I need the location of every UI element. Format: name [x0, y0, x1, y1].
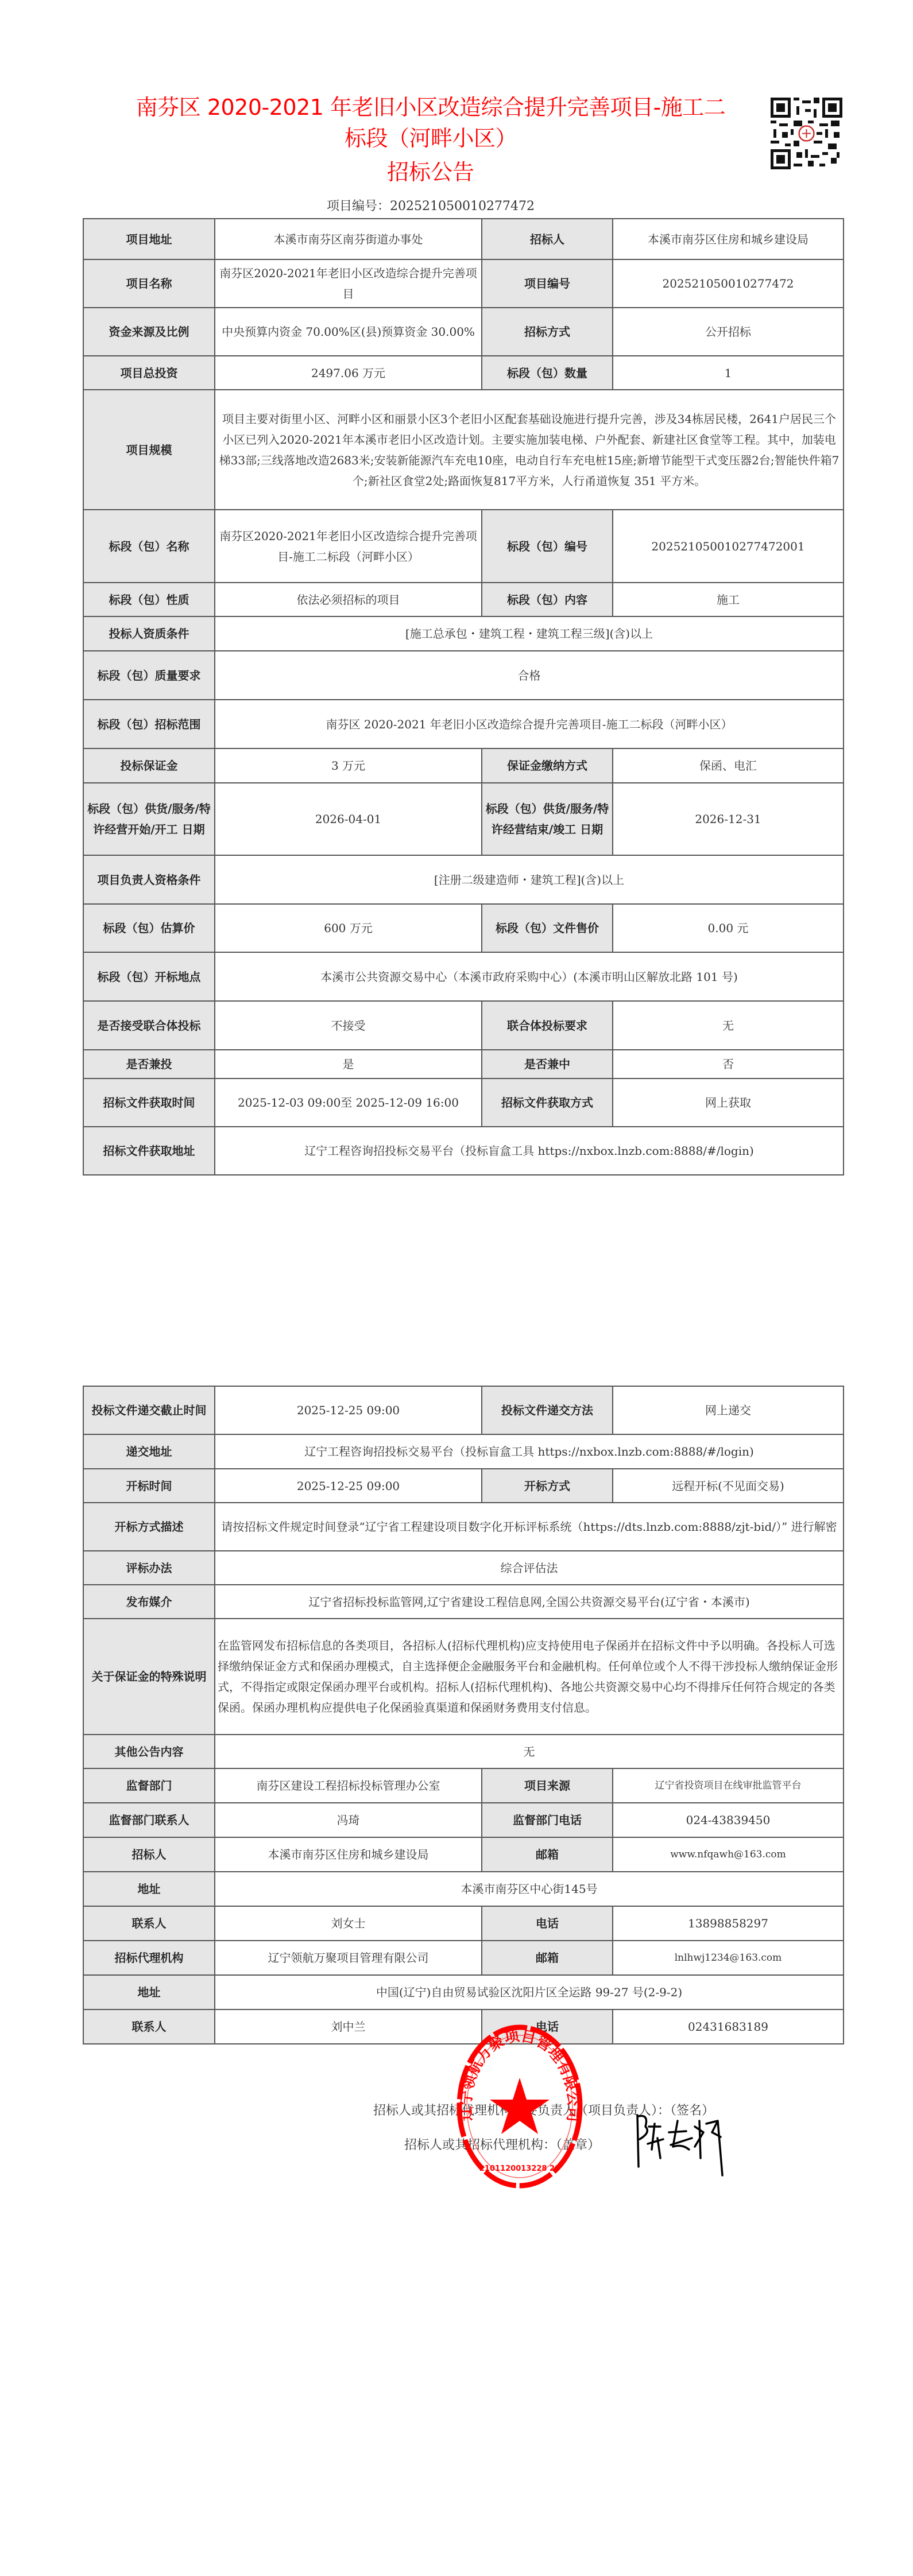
- value-opening-time: 2025-12-25 09:00: [215, 1469, 482, 1503]
- company-seal-icon: 2101120013228 20 辽宁领航万聚项目管理有限公司: [454, 2020, 586, 2193]
- label-tenderer-contact: 联系人: [83, 1906, 215, 1941]
- label-supervision-contact: 监督部门联系人: [83, 1803, 215, 1837]
- value-doc-obtain-address[interactable]: 辽宁工程咨询招投标交易平台（投标盲盒工具 https://nxbox.lnzb.…: [215, 1127, 844, 1175]
- value-submission-deadline: 2025-12-25 09:00: [215, 1386, 482, 1434]
- label-consortium-requirement: 联合体投标要求: [482, 1001, 613, 1050]
- value-agency-phone: 02431683189: [613, 2009, 844, 2044]
- label-submission-address: 递交地址: [83, 1434, 215, 1469]
- value-tender-method: 公开招标: [613, 308, 844, 356]
- value-quality-requirement: 合格: [215, 651, 844, 700]
- label-tenderer-address: 地址: [83, 1872, 215, 1906]
- value-bond-special-note: 在监管网发布招标信息的各类项目，各招标人(招标代理机构)应支持使用电子保函并在招…: [215, 1619, 844, 1735]
- value-lot-count: 1: [613, 356, 844, 390]
- label-tender-scope: 标段（包）招标范围: [83, 700, 215, 748]
- value-accept-consortium: 不接受: [215, 1001, 482, 1050]
- label-lot-name: 标段（包）名称: [83, 510, 215, 583]
- label-agency-address: 地址: [83, 1975, 215, 2009]
- value-opening-method: 远程开标(不见面交易): [613, 1469, 844, 1503]
- value-submission-method: 网上递交: [613, 1386, 844, 1434]
- value-start-date: 2026-04-01: [215, 783, 482, 855]
- value-multi-bid: 是: [215, 1050, 482, 1078]
- label-agency: 招标代理机构: [83, 1941, 215, 1975]
- value-tenderer-address: 本溪市南芬区中心街145号: [215, 1872, 844, 1906]
- label-estimated-price: 标段（包）估算价: [83, 904, 215, 952]
- value-doc-obtain-method: 网上获取: [613, 1078, 844, 1127]
- value-estimated-price: 600 万元: [215, 904, 482, 952]
- label-bond-special-note: 关于保证金的特殊说明: [83, 1619, 215, 1735]
- label-pm-qualification: 项目负责人资格条件: [83, 855, 215, 904]
- value-agency-email[interactable]: lnlhwj1234@163.com: [613, 1941, 844, 1975]
- label-tender-method: 招标方式: [482, 308, 613, 356]
- value-tender-scope: 南芬区 2020-2021 年老旧小区改造综合提升完善项目-施工二标段（河畔小区…: [215, 700, 844, 748]
- label-opening-time: 开标时间: [83, 1469, 215, 1503]
- label-bid-opening-location: 标段（包）开标地点: [83, 952, 215, 1001]
- value-project-name: 南芬区2020-2021年老旧小区改造综合提升完善项目: [215, 259, 482, 308]
- label-doc-obtain-method: 招标文件获取方式: [482, 1078, 613, 1127]
- label-document-price: 标段（包）文件售价: [482, 904, 613, 952]
- value-supervision-dept: 南芬区建设工程招标投标管理办公室: [215, 1768, 482, 1803]
- value-doc-obtain-time: 2025-12-03 09:00至 2025-12-09 16:00: [215, 1078, 482, 1127]
- label-tenderer: 招标人: [482, 219, 613, 259]
- value-publishing-media: 辽宁省招标投标监管网,辽宁省建设工程信息网,全国公共资源交易平台(辽宁省・本溪市…: [215, 1585, 844, 1619]
- label-opening-method-description: 开标方式描述: [83, 1503, 215, 1551]
- label-start-date: 标段（包）供货/服务/特许经营开始/开工 日期: [83, 783, 215, 855]
- title-line-2: 标段（河畔小区）: [86, 123, 775, 154]
- label-bidder-qualification: 投标人资质条件: [83, 616, 215, 651]
- label-agency-contact: 联系人: [83, 2009, 215, 2044]
- handwritten-signature-icon: [632, 2104, 729, 2178]
- label-quality-requirement: 标段（包）质量要求: [83, 651, 215, 700]
- value-tenderer-2: 本溪市南芬区住房和城乡建设局: [215, 1837, 482, 1872]
- announcement-subtitle: 招标公告: [86, 156, 775, 188]
- qr-code-icon: [771, 98, 842, 169]
- svg-text:2101120013228 20: 2101120013228 20: [479, 2164, 560, 2173]
- label-tenderer-phone: 电话: [482, 1906, 613, 1941]
- value-bond-payment-method: 保函、电汇: [613, 748, 844, 783]
- label-doc-obtain-address: 招标文件获取地址: [83, 1127, 215, 1175]
- value-tenderer-email[interactable]: www.nfqawh@163.com: [613, 1837, 844, 1872]
- tender-info-table-2: 投标文件递交截止时间 2025-12-25 09:00 投标文件递交方法 网上递…: [83, 1386, 844, 2044]
- value-other-content: 无: [215, 1735, 844, 1768]
- value-end-date: 2026-12-31: [613, 783, 844, 855]
- label-total-investment: 项目总投资: [83, 356, 215, 390]
- label-bid-bond: 投标保证金: [83, 748, 215, 783]
- value-bid-opening-location: 本溪市公共资源交易中心（本溪市政府采购中心）(本溪市明山区解放北路 101 号): [215, 952, 844, 1001]
- label-project-address: 项目地址: [83, 219, 215, 259]
- value-bid-bond: 3 万元: [215, 748, 482, 783]
- value-agency-contact: 刘中兰: [215, 2009, 482, 2044]
- value-project-address: 本溪市南芬区南芬街道办事处: [215, 219, 482, 259]
- value-pm-qualification: [注册二级建造师・建筑工程](含)以上: [215, 855, 844, 904]
- tender-info-table-1: 项目地址 本溪市南芬区南芬街道办事处 招标人 本溪市南芬区住房和城乡建设局 项目…: [83, 218, 844, 1176]
- label-project-scale: 项目规模: [83, 390, 215, 510]
- label-doc-obtain-time: 招标文件获取时间: [83, 1078, 215, 1127]
- value-lot-number: 202521050010277472001: [613, 510, 844, 583]
- value-lot-name: 南芬区2020-2021年老旧小区改造综合提升完善项目-施工二标段（河畔小区）: [215, 510, 482, 583]
- label-end-date: 标段（包）供货/服务/特许经营结束/竣工 日期: [482, 783, 613, 855]
- label-project-source: 项目来源: [482, 1768, 613, 1803]
- label-supervision-phone: 监督部门电话: [482, 1803, 613, 1837]
- value-tenderer-contact: 刘女士: [215, 1906, 482, 1941]
- title-line-1: 南芬区 2020-2021 年老旧小区改造综合提升完善项目-施工二: [86, 92, 775, 123]
- value-agency-address: 中国(辽宁)自由贸易试验区沈阳片区全运路 99-27 号(2-9-2): [215, 1975, 844, 2009]
- value-total-investment: 2497.06 万元: [215, 356, 482, 390]
- value-evaluation-method: 综合评估法: [215, 1551, 844, 1585]
- value-funding-source: 中央预算内资金 70.00%区(县)预算资金 30.00%: [215, 308, 482, 356]
- value-project-scale: 项目主要对街里小区、河畔小区和丽景小区3个老旧小区配套基础设施进行提升完善，涉及…: [215, 390, 844, 510]
- value-bidder-qualification: [施工总承包・建筑工程・建筑工程三级](含)以上: [215, 616, 844, 651]
- label-tenderer-2: 招标人: [83, 1837, 215, 1872]
- label-agency-email: 邮箱: [482, 1941, 613, 1975]
- label-other-content: 其他公告内容: [83, 1735, 215, 1768]
- value-tenderer: 本溪市南芬区住房和城乡建设局: [613, 219, 844, 259]
- label-lot-count: 标段（包）数量: [482, 356, 613, 390]
- label-evaluation-method: 评标办法: [83, 1551, 215, 1585]
- label-funding-source: 资金来源及比例: [83, 308, 215, 356]
- value-submission-address[interactable]: 辽宁工程咨询招投标交易平台（投标盲盒工具 https://nxbox.lnzb.…: [215, 1434, 844, 1469]
- label-project-name: 项目名称: [83, 259, 215, 308]
- label-tenderer-email: 邮箱: [482, 1837, 613, 1872]
- value-tenderer-phone: 13898858297: [613, 1906, 844, 1941]
- label-accept-consortium: 是否接受联合体投标: [83, 1001, 215, 1050]
- value-supervision-contact: 冯琦: [215, 1803, 482, 1837]
- value-opening-method-description[interactable]: 请按招标文件规定时间登录“辽宁省工程建设项目数字化开标评标系统（https://…: [215, 1503, 844, 1551]
- label-publishing-media: 发布媒介: [83, 1585, 215, 1619]
- value-document-price: 0.00 元: [613, 904, 844, 952]
- value-agency: 辽宁领航万聚项目管理有限公司: [215, 1941, 482, 1975]
- label-multi-bid: 是否兼投: [83, 1050, 215, 1078]
- label-lot-nature: 标段（包）性质: [83, 583, 215, 616]
- label-submission-method: 投标文件递交方法: [482, 1386, 613, 1434]
- value-supervision-phone: 024-43839450: [613, 1803, 844, 1837]
- value-project-number: 202521050010277472: [613, 259, 844, 308]
- project-number: 项目编号：202521050010277472: [86, 196, 775, 214]
- value-multi-win: 否: [613, 1050, 844, 1078]
- label-opening-method: 开标方式: [482, 1469, 613, 1503]
- label-submission-deadline: 投标文件递交截止时间: [83, 1386, 215, 1434]
- label-project-number: 项目编号: [482, 259, 613, 308]
- label-lot-number: 标段（包）编号: [482, 510, 613, 583]
- label-bond-payment-method: 保证金缴纳方式: [482, 748, 613, 783]
- value-lot-nature: 依法必须招标的项目: [215, 583, 482, 616]
- announcement-title-block: 南芬区 2020-2021 年老旧小区改造综合提升完善项目-施工二 标段（河畔小…: [86, 92, 775, 188]
- value-lot-content: 施工: [613, 583, 844, 616]
- label-supervision-dept: 监督部门: [83, 1768, 215, 1803]
- value-project-source: 辽宁省投资项目在线审批监管平台: [613, 1768, 844, 1803]
- value-consortium-requirement: 无: [613, 1001, 844, 1050]
- label-lot-content: 标段（包）内容: [482, 583, 613, 616]
- label-multi-win: 是否兼中: [482, 1050, 613, 1078]
